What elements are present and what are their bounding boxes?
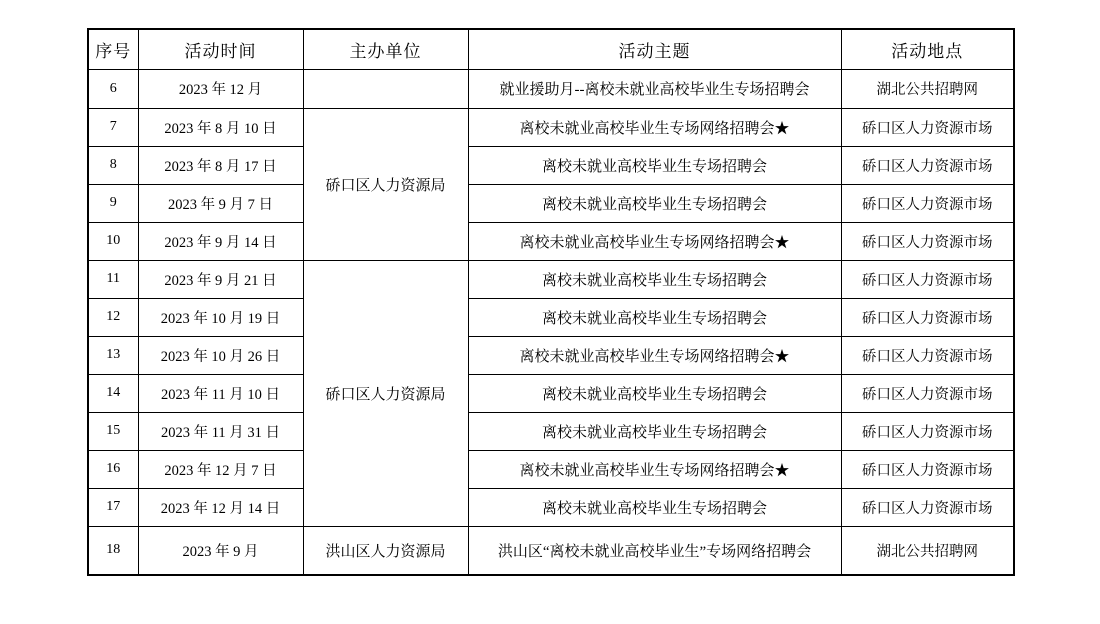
cell-date: 2023 年 11 月 10 日: [138, 374, 303, 412]
cell-seq: 12: [88, 298, 138, 336]
cell-theme: 离校未就业高校毕业生专场网络招聘会★: [468, 450, 841, 488]
table-header-row: 序号 活动时间 主办单位 活动主题 活动地点: [88, 29, 1014, 69]
cell-seq: 14: [88, 374, 138, 412]
cell-place: 硚口区人力资源市场: [841, 298, 1014, 336]
col-header-date: 活动时间: [138, 29, 303, 69]
table-row: 11 2023 年 9 月 21 日 硚口区人力资源局 离校未就业高校毕业生专场…: [88, 260, 1014, 298]
cell-place: 硚口区人力资源市场: [841, 374, 1014, 412]
table-row: 13 2023 年 10 月 26 日 离校未就业高校毕业生专场网络招聘会★ 硚…: [88, 336, 1014, 374]
cell-place: 硚口区人力资源市场: [841, 184, 1014, 222]
cell-theme: 离校未就业高校毕业生专场招聘会: [468, 298, 841, 336]
cell-seq: 15: [88, 412, 138, 450]
recruitment-activity-table: 序号 活动时间 主办单位 活动主题 活动地点 6 2023 年 12 月 就业援…: [87, 28, 1015, 576]
table-row: 16 2023 年 12 月 7 日 离校未就业高校毕业生专场网络招聘会★ 硚口…: [88, 450, 1014, 488]
cell-seq: 18: [88, 526, 138, 575]
cell-theme: 离校未就业高校毕业生专场网络招聘会★: [468, 222, 841, 260]
col-header-seq: 序号: [88, 29, 138, 69]
col-header-place: 活动地点: [841, 29, 1014, 69]
table-row: 10 2023 年 9 月 14 日 离校未就业高校毕业生专场网络招聘会★ 硚口…: [88, 222, 1014, 260]
cell-seq: 17: [88, 488, 138, 526]
cell-seq: 11: [88, 260, 138, 298]
cell-date: 2023 年 9 月 14 日: [138, 222, 303, 260]
col-header-org: 主办单位: [303, 29, 468, 69]
cell-org: [303, 69, 468, 108]
table-row: 12 2023 年 10 月 19 日 离校未就业高校毕业生专场招聘会 硚口区人…: [88, 298, 1014, 336]
cell-date: 2023 年 8 月 17 日: [138, 146, 303, 184]
cell-date: 2023 年 8 月 10 日: [138, 108, 303, 146]
cell-seq: 6: [88, 69, 138, 108]
cell-org-merged: 硚口区人力资源局: [303, 260, 468, 526]
cell-place: 硚口区人力资源市场: [841, 108, 1014, 146]
cell-theme: 离校未就业高校毕业生专场招聘会: [468, 412, 841, 450]
cell-seq: 7: [88, 108, 138, 146]
table-row: 6 2023 年 12 月 就业援助月--离校未就业高校毕业生专场招聘会 湖北公…: [88, 69, 1014, 108]
table-row: 9 2023 年 9 月 7 日 离校未就业高校毕业生专场招聘会 硚口区人力资源…: [88, 184, 1014, 222]
cell-seq: 13: [88, 336, 138, 374]
cell-date: 2023 年 9 月 7 日: [138, 184, 303, 222]
cell-place: 硚口区人力资源市场: [841, 146, 1014, 184]
cell-date: 2023 年 9 月 21 日: [138, 260, 303, 298]
cell-date: 2023 年 10 月 26 日: [138, 336, 303, 374]
cell-seq: 16: [88, 450, 138, 488]
col-header-theme: 活动主题: [468, 29, 841, 69]
cell-theme: 就业援助月--离校未就业高校毕业生专场招聘会: [468, 69, 841, 108]
cell-theme: 洪山区“离校未就业高校毕业生”专场网络招聘会: [468, 526, 841, 575]
cell-org-merged: 硚口区人力资源局: [303, 108, 468, 260]
cell-theme: 离校未就业高校毕业生专场招聘会: [468, 184, 841, 222]
cell-place: 湖北公共招聘网: [841, 69, 1014, 108]
cell-place: 硚口区人力资源市场: [841, 488, 1014, 526]
cell-place: 硚口区人力资源市场: [841, 336, 1014, 374]
table-row: 7 2023 年 8 月 10 日 硚口区人力资源局 离校未就业高校毕业生专场网…: [88, 108, 1014, 146]
table-row: 14 2023 年 11 月 10 日 离校未就业高校毕业生专场招聘会 硚口区人…: [88, 374, 1014, 412]
cell-theme: 离校未就业高校毕业生专场招聘会: [468, 260, 841, 298]
table-row: 8 2023 年 8 月 17 日 离校未就业高校毕业生专场招聘会 硚口区人力资…: [88, 146, 1014, 184]
cell-place: 硚口区人力资源市场: [841, 260, 1014, 298]
cell-seq: 9: [88, 184, 138, 222]
table-row: 18 2023 年 9 月 洪山区人力资源局 洪山区“离校未就业高校毕业生”专场…: [88, 526, 1014, 575]
cell-theme: 离校未就业高校毕业生专场网络招聘会★: [468, 108, 841, 146]
cell-date: 2023 年 9 月: [138, 526, 303, 575]
document-page: 序号 活动时间 主办单位 活动主题 活动地点 6 2023 年 12 月 就业援…: [0, 0, 1100, 624]
table-row: 15 2023 年 11 月 31 日 离校未就业高校毕业生专场招聘会 硚口区人…: [88, 412, 1014, 450]
cell-org: 洪山区人力资源局: [303, 526, 468, 575]
cell-place: 硚口区人力资源市场: [841, 412, 1014, 450]
cell-date: 2023 年 10 月 19 日: [138, 298, 303, 336]
cell-theme: 离校未就业高校毕业生专场网络招聘会★: [468, 336, 841, 374]
cell-seq: 10: [88, 222, 138, 260]
cell-date: 2023 年 12 月 14 日: [138, 488, 303, 526]
cell-theme: 离校未就业高校毕业生专场招聘会: [468, 374, 841, 412]
table-row: 17 2023 年 12 月 14 日 离校未就业高校毕业生专场招聘会 硚口区人…: [88, 488, 1014, 526]
cell-place: 硚口区人力资源市场: [841, 450, 1014, 488]
cell-theme: 离校未就业高校毕业生专场招聘会: [468, 146, 841, 184]
cell-date: 2023 年 12 月: [138, 69, 303, 108]
cell-seq: 8: [88, 146, 138, 184]
cell-place: 硚口区人力资源市场: [841, 222, 1014, 260]
cell-theme: 离校未就业高校毕业生专场招聘会: [468, 488, 841, 526]
cell-date: 2023 年 12 月 7 日: [138, 450, 303, 488]
cell-date: 2023 年 11 月 31 日: [138, 412, 303, 450]
cell-place: 湖北公共招聘网: [841, 526, 1014, 575]
